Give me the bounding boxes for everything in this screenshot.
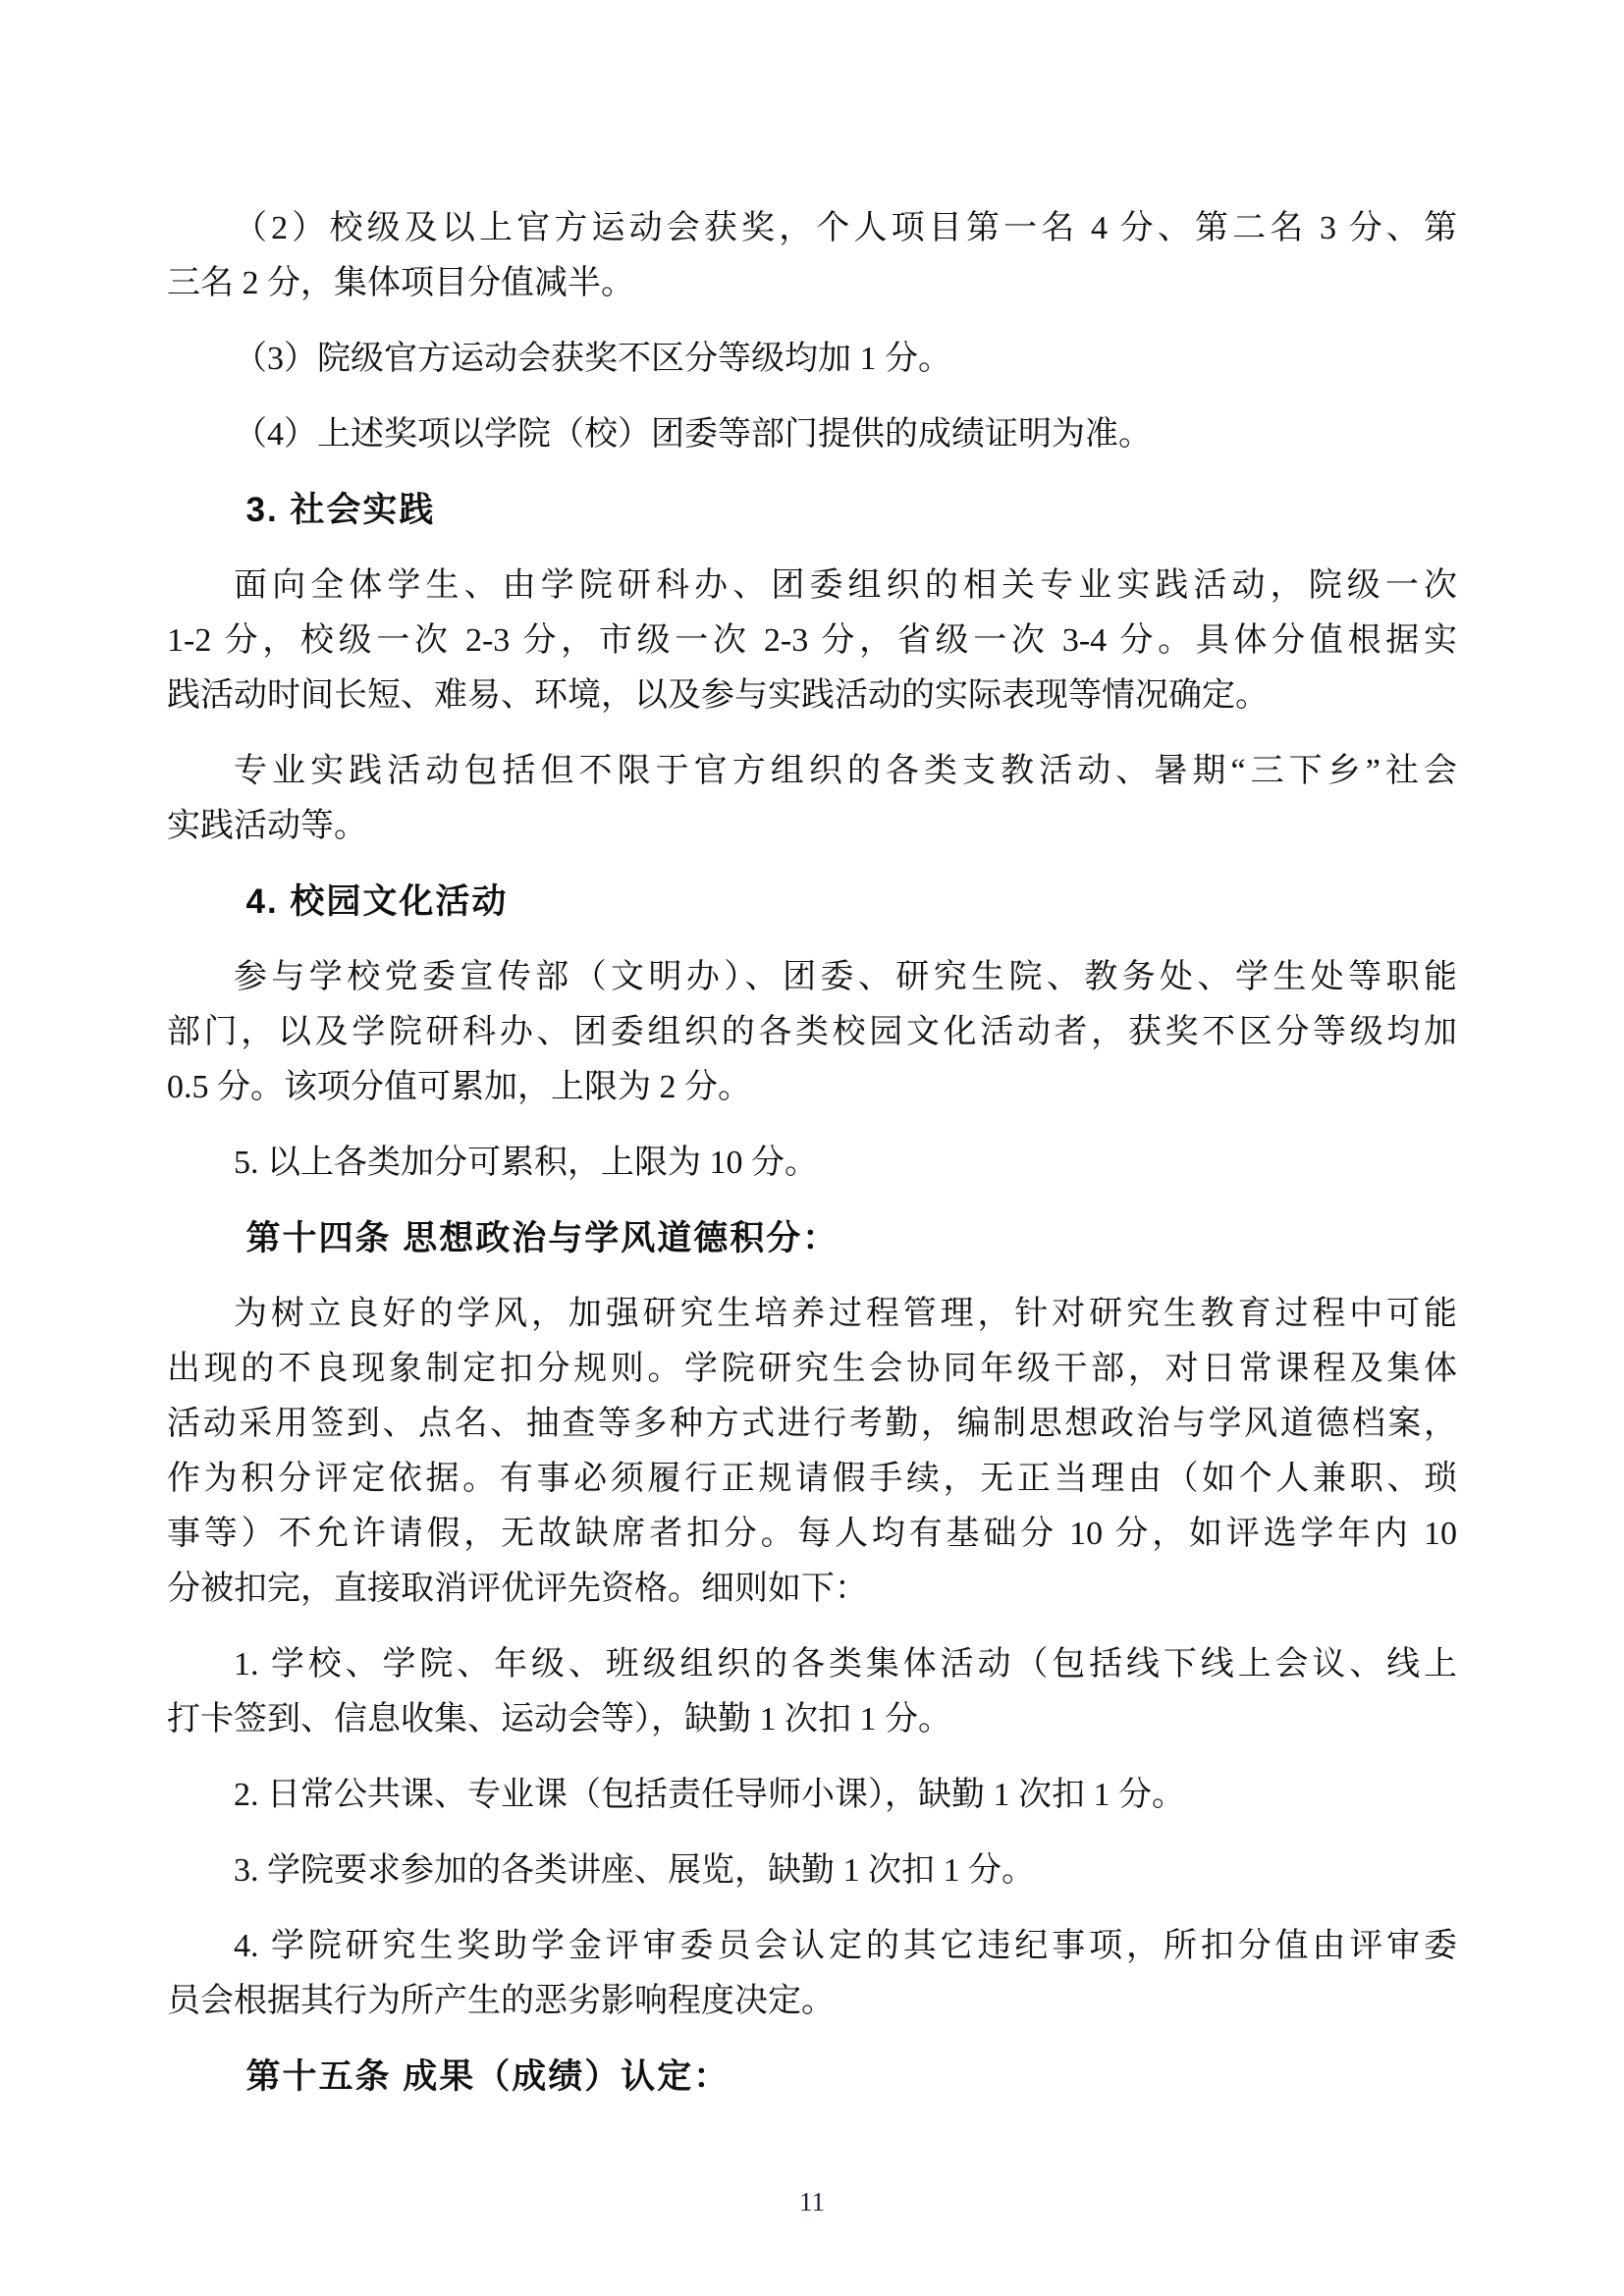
text-line: 4. 学院研究生奖助学金评审委员会认定的其它违纪事项，所扣分值由评审委	[167, 1919, 1457, 1974]
paragraph: 5. 以上各类加分可累积，上限为 10 分。	[167, 1136, 1457, 1191]
text-line: 出现的不良现象制定扣分规则。学院研究生会协同年级干部，对日常课程及集体	[167, 1342, 1457, 1397]
text-line: 5. 以上各类加分可累积，上限为 10 分。	[167, 1136, 1457, 1191]
text-line: 3. 学院要求参加的各类讲座、展览，缺勤 1 次扣 1 分。	[167, 1843, 1457, 1898]
text-line: 活动采用签到、点名、抽查等多种方式进行考勤，编制思想政治与学风道德档案，	[167, 1397, 1457, 1452]
section-heading: 第十五条 成果（成绩）认定：	[167, 2050, 1457, 2105]
text-line: （2）校级及以上官方运动会获奖，个人项目第一名 4 分、第二名 3 分、第	[167, 201, 1457, 256]
text-line: 打卡签到、信息收集、运动会等），缺勤 1 次扣 1 分。	[167, 1692, 1457, 1747]
text-line: 1-2 分，校级一次 2-3 分，市级一次 2-3 分，省级一次 3-4 分。具…	[167, 614, 1457, 668]
paragraph: 专业实践活动包括但不限于官方组织的各类支教活动、暑期“三下乡”社会实践活动等。	[167, 744, 1457, 854]
text-line: 参与学校党委宣传部（文明办）、团委、研究生院、教务处、学生处等职能	[167, 950, 1457, 1005]
text-line: 2. 日常公共课、专业课（包括责任导师小课），缺勤 1 次扣 1 分。	[167, 1768, 1457, 1823]
document-page: （2）校级及以上官方运动会获奖，个人项目第一名 4 分、第二名 3 分、第三名 …	[0, 0, 1624, 2296]
document-content: （2）校级及以上官方运动会获奖，个人项目第一名 4 分、第二名 3 分、第三名 …	[167, 201, 1457, 2125]
text-line: 事等）不允许请假，无故缺席者扣分。每人均有基础分 10 分，如评选学年内 10	[167, 1507, 1457, 1562]
text-line: 部门，以及学院研科办、团委组织的各类校园文化活动者，获奖不区分等级均加	[167, 1005, 1457, 1060]
paragraph: 参与学校党委宣传部（文明办）、团委、研究生院、教务处、学生处等职能部门，以及学院…	[167, 950, 1457, 1115]
paragraph: （4）上述奖项以学院（校）团委等部门提供的成绩证明为准。	[167, 407, 1457, 462]
paragraph: 为树立良好的学风，加强研究生培养过程管理，针对研究生教育过程中可能出现的不良现象…	[167, 1287, 1457, 1617]
section-heading: 3. 社会实践	[167, 483, 1457, 538]
text-line: （4）上述奖项以学院（校）团委等部门提供的成绩证明为准。	[167, 407, 1457, 462]
text-line: 作为积分评定依据。有事必须履行正规请假手续，无正当理由（如个人兼职、琐	[167, 1452, 1457, 1507]
text-line: 三名 2 分，集体项目分值减半。	[167, 256, 1457, 311]
text-line: 专业实践活动包括但不限于官方组织的各类支教活动、暑期“三下乡”社会	[167, 744, 1457, 799]
page-number: 11	[0, 2187, 1624, 2217]
text-line: 实践活动等。	[167, 799, 1457, 854]
paragraph: 1. 学校、学院、年级、班级组织的各类集体活动（包括线下线上会议、线上打卡签到、…	[167, 1637, 1457, 1747]
text-line: 1. 学校、学院、年级、班级组织的各类集体活动（包括线下线上会议、线上	[167, 1637, 1457, 1692]
text-line: 分被扣完，直接取消评优评先资格。细则如下：	[167, 1562, 1457, 1617]
text-line: 践活动时间长短、难易、环境，以及参与实践活动的实际表现等情况确定。	[167, 668, 1457, 723]
paragraph: （2）校级及以上官方运动会获奖，个人项目第一名 4 分、第二名 3 分、第三名 …	[167, 201, 1457, 311]
paragraph: 2. 日常公共课、专业课（包括责任导师小课），缺勤 1 次扣 1 分。	[167, 1768, 1457, 1823]
text-line: 面向全体学生、由学院研科办、团委组织的相关专业实践活动，院级一次	[167, 559, 1457, 614]
text-line: 员会根据其行为所产生的恶劣影响程度决定。	[167, 1974, 1457, 2029]
paragraph: 面向全体学生、由学院研科办、团委组织的相关专业实践活动，院级一次1-2 分，校级…	[167, 559, 1457, 723]
text-line: （3）院级官方运动会获奖不区分等级均加 1 分。	[167, 332, 1457, 387]
section-heading: 第十四条 思想政治与学风道德积分：	[167, 1211, 1457, 1266]
text-line: 为树立良好的学风，加强研究生培养过程管理，针对研究生教育过程中可能	[167, 1287, 1457, 1342]
paragraph: 3. 学院要求参加的各类讲座、展览，缺勤 1 次扣 1 分。	[167, 1843, 1457, 1898]
paragraph: 4. 学院研究生奖助学金评审委员会认定的其它违纪事项，所扣分值由评审委员会根据其…	[167, 1919, 1457, 2029]
text-line: 0.5 分。该项分值可累加，上限为 2 分。	[167, 1060, 1457, 1115]
section-heading: 4. 校园文化活动	[167, 875, 1457, 930]
paragraph: （3）院级官方运动会获奖不区分等级均加 1 分。	[167, 332, 1457, 387]
